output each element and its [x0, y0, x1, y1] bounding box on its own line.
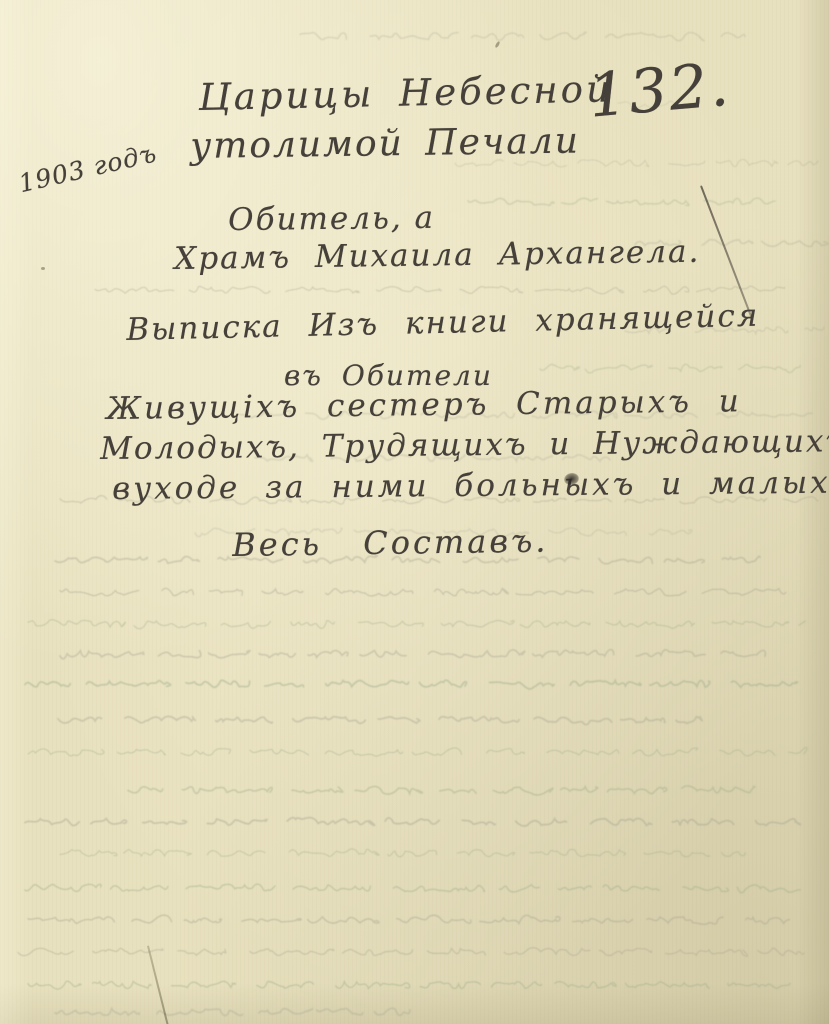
dedication-line-2: утолимой Печали [190, 121, 580, 167]
page-number: 132. [586, 50, 733, 132]
place-line-1: Обитель, а [228, 200, 435, 238]
section-title: Весь Составъ. [232, 522, 549, 564]
extract-body-line-2: Молодыхъ, Трудящихъ и Нуждающихъ [100, 423, 829, 467]
place-line-2: Храмъ Михаила Архангела. [174, 234, 701, 277]
extract-body-line-3: вуходе за ними больныхъ и малыхъ. [112, 464, 829, 507]
dedication-line-1: Царицы Небесной [198, 67, 613, 119]
manuscript-page: Царицы Небесной утолимой Печали 1903 год… [0, 0, 829, 1024]
paper-speck [41, 267, 45, 270]
